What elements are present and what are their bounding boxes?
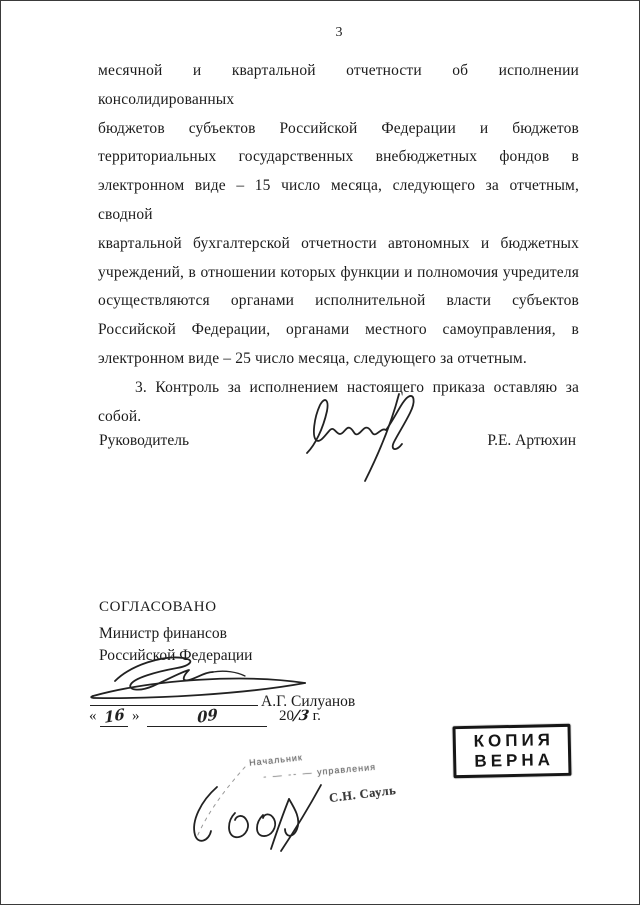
close-quote: » bbox=[132, 708, 140, 727]
year-prefix: 20 bbox=[279, 708, 294, 724]
stamp-line2: ВЕРНА bbox=[470, 750, 554, 772]
body-line: месячной и квартальной отчетности об исп… bbox=[98, 57, 579, 115]
body-line: Российской Федерации, органами местного … bbox=[98, 316, 579, 345]
page-number: 3 bbox=[99, 25, 579, 41]
approval-date: « 16 » 09 20/3 г. bbox=[89, 707, 321, 727]
approver-position-line1: Министр финансов bbox=[99, 623, 252, 645]
handwritten-month: 09 bbox=[197, 705, 218, 727]
handwritten-year-digits: /3 bbox=[293, 708, 311, 724]
saul-signature bbox=[183, 759, 395, 855]
body-line: электронном виде – 15 число месяца, след… bbox=[98, 172, 579, 230]
approval-heading: СОГЛАСОВАНО bbox=[99, 599, 217, 616]
body-text: месячной и квартальной отчетности об исп… bbox=[98, 57, 579, 431]
copy-verna-stamp: КОПИЯ ВЕРНА bbox=[452, 724, 571, 778]
date-year: 20/3 г. bbox=[279, 708, 321, 727]
date-day-slot: 16 bbox=[100, 707, 128, 727]
document-page: 3 месячной и квартальной отчетности об и… bbox=[0, 0, 640, 905]
body-line: учреждений, в отношении которых функции … bbox=[98, 259, 579, 288]
body-line: квартальной бухгалтерской отчетности авт… bbox=[98, 230, 579, 259]
stamp-line1: КОПИЯ bbox=[469, 730, 554, 752]
artyukhin-signature bbox=[299, 391, 439, 483]
year-suffix: г. bbox=[313, 708, 321, 724]
body-line: бюджетов субъектов Российской Федерации … bbox=[98, 115, 579, 144]
body-line: территориальных государственных внебюдже… bbox=[98, 143, 579, 172]
handwritten-day: 16 bbox=[104, 705, 125, 727]
body-line: электронном виде – 25 число месяца, след… bbox=[98, 345, 579, 374]
date-month-slot: 09 bbox=[147, 707, 267, 727]
body-line: осуществляются органами исполнительной в… bbox=[98, 287, 579, 316]
open-quote: « bbox=[89, 708, 97, 727]
